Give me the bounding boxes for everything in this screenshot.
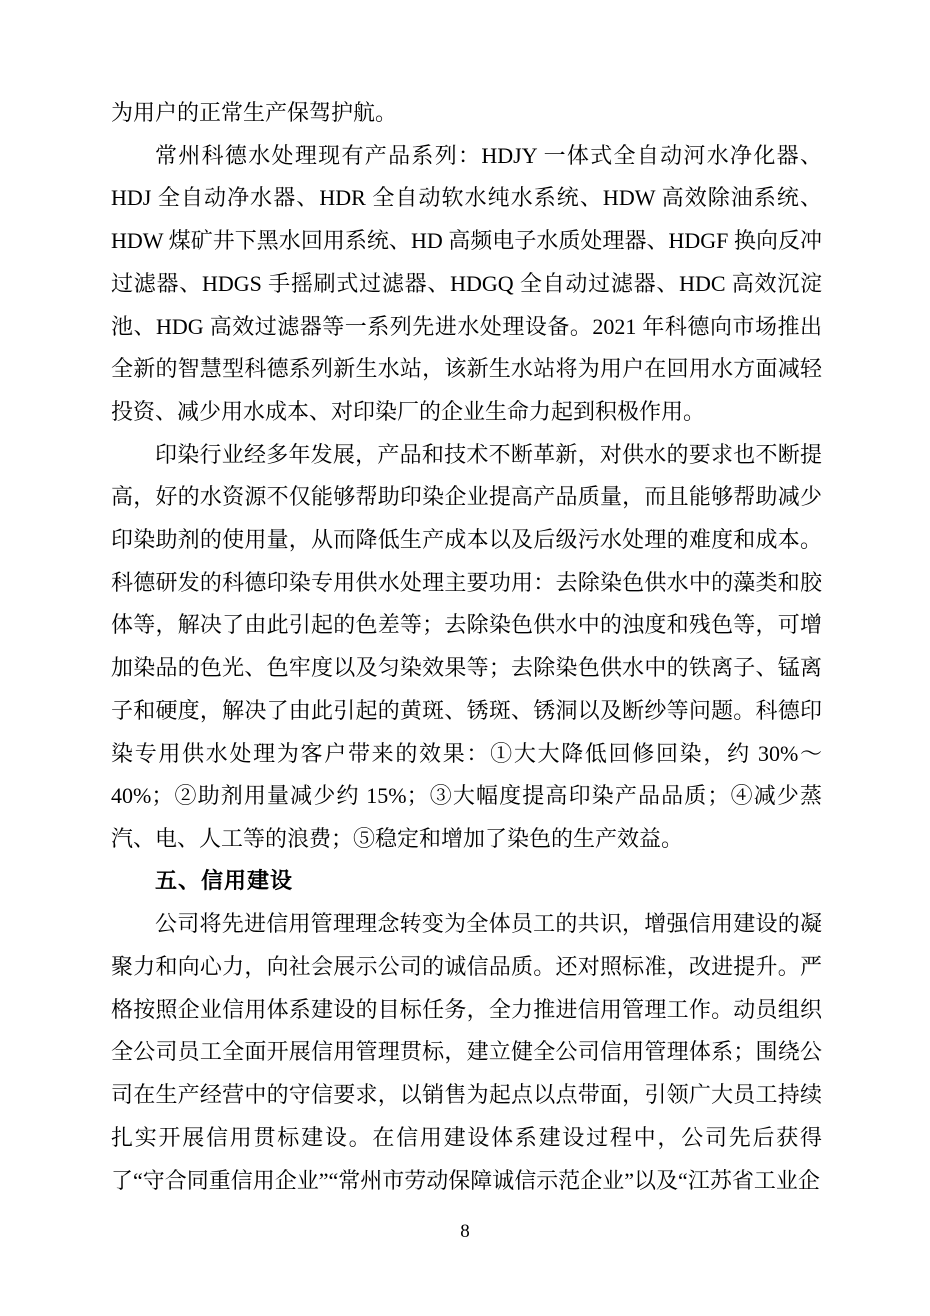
page-number: 8 [0,1220,930,1244]
body-paragraph: 印染行业经多年发展，产品和技术不断革新，对供水的要求也不断提高，好的水资源不仅能… [111,434,822,861]
document-page: 为用户的正常生产保驾护航。常州科德水处理现有产品系列：HDJY 一体式全自动河水… [0,0,930,1316]
page-body-text: 为用户的正常生产保驾护航。常州科德水处理现有产品系列：HDJY 一体式全自动河水… [111,92,822,1202]
body-paragraph: 为用户的正常生产保驾护航。 [111,92,822,135]
section-heading: 五、信用建设 [111,861,822,904]
body-paragraph: 公司将先进信用管理理念转变为全体员工的共识，增强信用建设的凝聚力和向心力，向社会… [111,903,822,1202]
body-paragraph: 常州科德水处理现有产品系列：HDJY 一体式全自动河水净化器、HDJ 全自动净水… [111,135,822,434]
